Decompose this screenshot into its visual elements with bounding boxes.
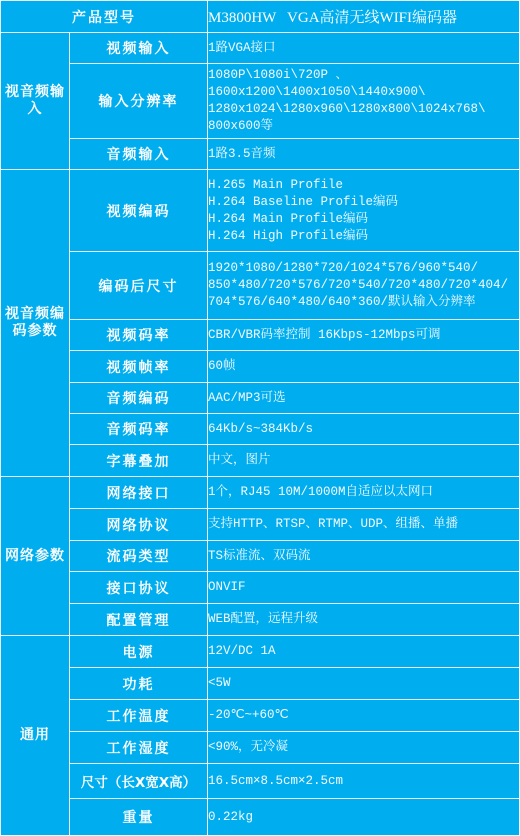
row-value: 64Kb/s~384Kb/s bbox=[208, 414, 520, 445]
row-value: TS标准流、双码流 bbox=[208, 541, 520, 572]
row-value: AAC/MP3可选 bbox=[208, 383, 520, 414]
row-label: 工作湿度 bbox=[70, 732, 208, 764]
row-label: 视频输入 bbox=[70, 33, 208, 64]
row-value: <90%，无冷凝 bbox=[208, 732, 520, 764]
product-model-value: M3800HW VGA高清无线WIFI编码器 bbox=[208, 1, 520, 33]
table-row: 视音频输入 视频输入 1路VGA接口 bbox=[1, 33, 520, 64]
table-row: 网络参数 网络接口 1个，RJ45 10M/1000M自适应以太网口 bbox=[1, 477, 520, 509]
table-row: 视频帧率 60帧 bbox=[1, 351, 520, 383]
row-label: 网络接口 bbox=[70, 477, 208, 509]
row-value: WEB配置，远程升级 bbox=[208, 604, 520, 636]
table-row: 流码类型 TS标准流、双码流 bbox=[1, 541, 520, 572]
row-value: 1080P\1080i\720P 、 1600x1200\1400x1050\1… bbox=[208, 64, 520, 139]
table-row: 配置管理 WEB配置，远程升级 bbox=[1, 604, 520, 636]
table-row: 功耗 <5W bbox=[1, 668, 520, 700]
table-row: 网络协议 支持HTTP、RTSP、RTMP、UDP、组播、单播 bbox=[1, 509, 520, 541]
row-value: 60帧 bbox=[208, 351, 520, 383]
header-row: 产品型号 M3800HW VGA高清无线WIFI编码器 bbox=[1, 1, 520, 33]
row-label: 输入分辨率 bbox=[70, 64, 208, 139]
category-av-input: 视音频输入 bbox=[1, 33, 70, 170]
row-label: 编码后尺寸 bbox=[70, 252, 208, 320]
row-value: H.265 Main Profile H.264 Baseline Profil… bbox=[208, 170, 520, 252]
row-value: ONVIF bbox=[208, 572, 520, 604]
table-row: 音频输入 1路3.5音频 bbox=[1, 139, 520, 170]
table-row: 音频码率 64Kb/s~384Kb/s bbox=[1, 414, 520, 445]
row-label: 工作温度 bbox=[70, 700, 208, 732]
row-value: CBR/VBR码率控制 16Kbps-12Mbps可调 bbox=[208, 320, 520, 351]
table-row: 接口协议 ONVIF bbox=[1, 572, 520, 604]
table-row: 音频编码 AAC/MP3可选 bbox=[1, 383, 520, 414]
row-label: 电源 bbox=[70, 636, 208, 668]
product-model-label: 产品型号 bbox=[1, 1, 208, 33]
row-label: 视频帧率 bbox=[70, 351, 208, 383]
table-row: 输入分辨率 1080P\1080i\720P 、 1600x1200\1400x… bbox=[1, 64, 520, 139]
table-row: 通用 电源 12V/DC 1A bbox=[1, 636, 520, 668]
category-av-encoding: 视音频编码参数 bbox=[1, 170, 70, 477]
table-row: 编码后尺寸 1920*1080/1280*720/1024*576/960*54… bbox=[1, 252, 520, 320]
row-value: 1个，RJ45 10M/1000M自适应以太网口 bbox=[208, 477, 520, 509]
row-label: 重量 bbox=[70, 799, 208, 833]
category-general: 通用 bbox=[1, 636, 70, 833]
row-label: 流码类型 bbox=[70, 541, 208, 572]
row-label: 功耗 bbox=[70, 668, 208, 700]
table-row: 视频码率 CBR/VBR码率控制 16Kbps-12Mbps可调 bbox=[1, 320, 520, 351]
row-label: 字幕叠加 bbox=[70, 445, 208, 477]
category-network: 网络参数 bbox=[1, 477, 70, 636]
table-row: 重量 0.22kg bbox=[1, 799, 520, 833]
row-label: 接口协议 bbox=[70, 572, 208, 604]
row-value: 16.5cm×8.5cm×2.5cm bbox=[208, 764, 520, 799]
row-label: 尺寸（长X宽X高） bbox=[70, 764, 208, 799]
row-value: 1路3.5音频 bbox=[208, 139, 520, 170]
table-row: 字幕叠加 中文，图片 bbox=[1, 445, 520, 477]
row-label: 网络协议 bbox=[70, 509, 208, 541]
row-value: 12V/DC 1A bbox=[208, 636, 520, 668]
row-value: 中文，图片 bbox=[208, 445, 520, 477]
row-label: 音频码率 bbox=[70, 414, 208, 445]
table-row: 工作湿度 <90%，无冷凝 bbox=[1, 732, 520, 764]
row-value: -20℃~+60℃ bbox=[208, 700, 520, 732]
row-label: 视频编码 bbox=[70, 170, 208, 252]
row-value: 0.22kg bbox=[208, 799, 520, 833]
spec-table: 产品型号 M3800HW VGA高清无线WIFI编码器 视音频输入 视频输入 1… bbox=[0, 0, 520, 832]
row-label: 音频编码 bbox=[70, 383, 208, 414]
row-label: 视频码率 bbox=[70, 320, 208, 351]
row-label: 配置管理 bbox=[70, 604, 208, 636]
row-label: 音频输入 bbox=[70, 139, 208, 170]
table-row: 视音频编码参数 视频编码 H.265 Main Profile H.264 Ba… bbox=[1, 170, 520, 252]
row-value: 1路VGA接口 bbox=[208, 33, 520, 64]
row-value: 1920*1080/1280*720/1024*576/960*540/ 850… bbox=[208, 252, 520, 320]
row-value: 支持HTTP、RTSP、RTMP、UDP、组播、单播 bbox=[208, 509, 520, 541]
table-row: 尺寸（长X宽X高） 16.5cm×8.5cm×2.5cm bbox=[1, 764, 520, 799]
row-value: <5W bbox=[208, 668, 520, 700]
table-row: 工作温度 -20℃~+60℃ bbox=[1, 700, 520, 732]
